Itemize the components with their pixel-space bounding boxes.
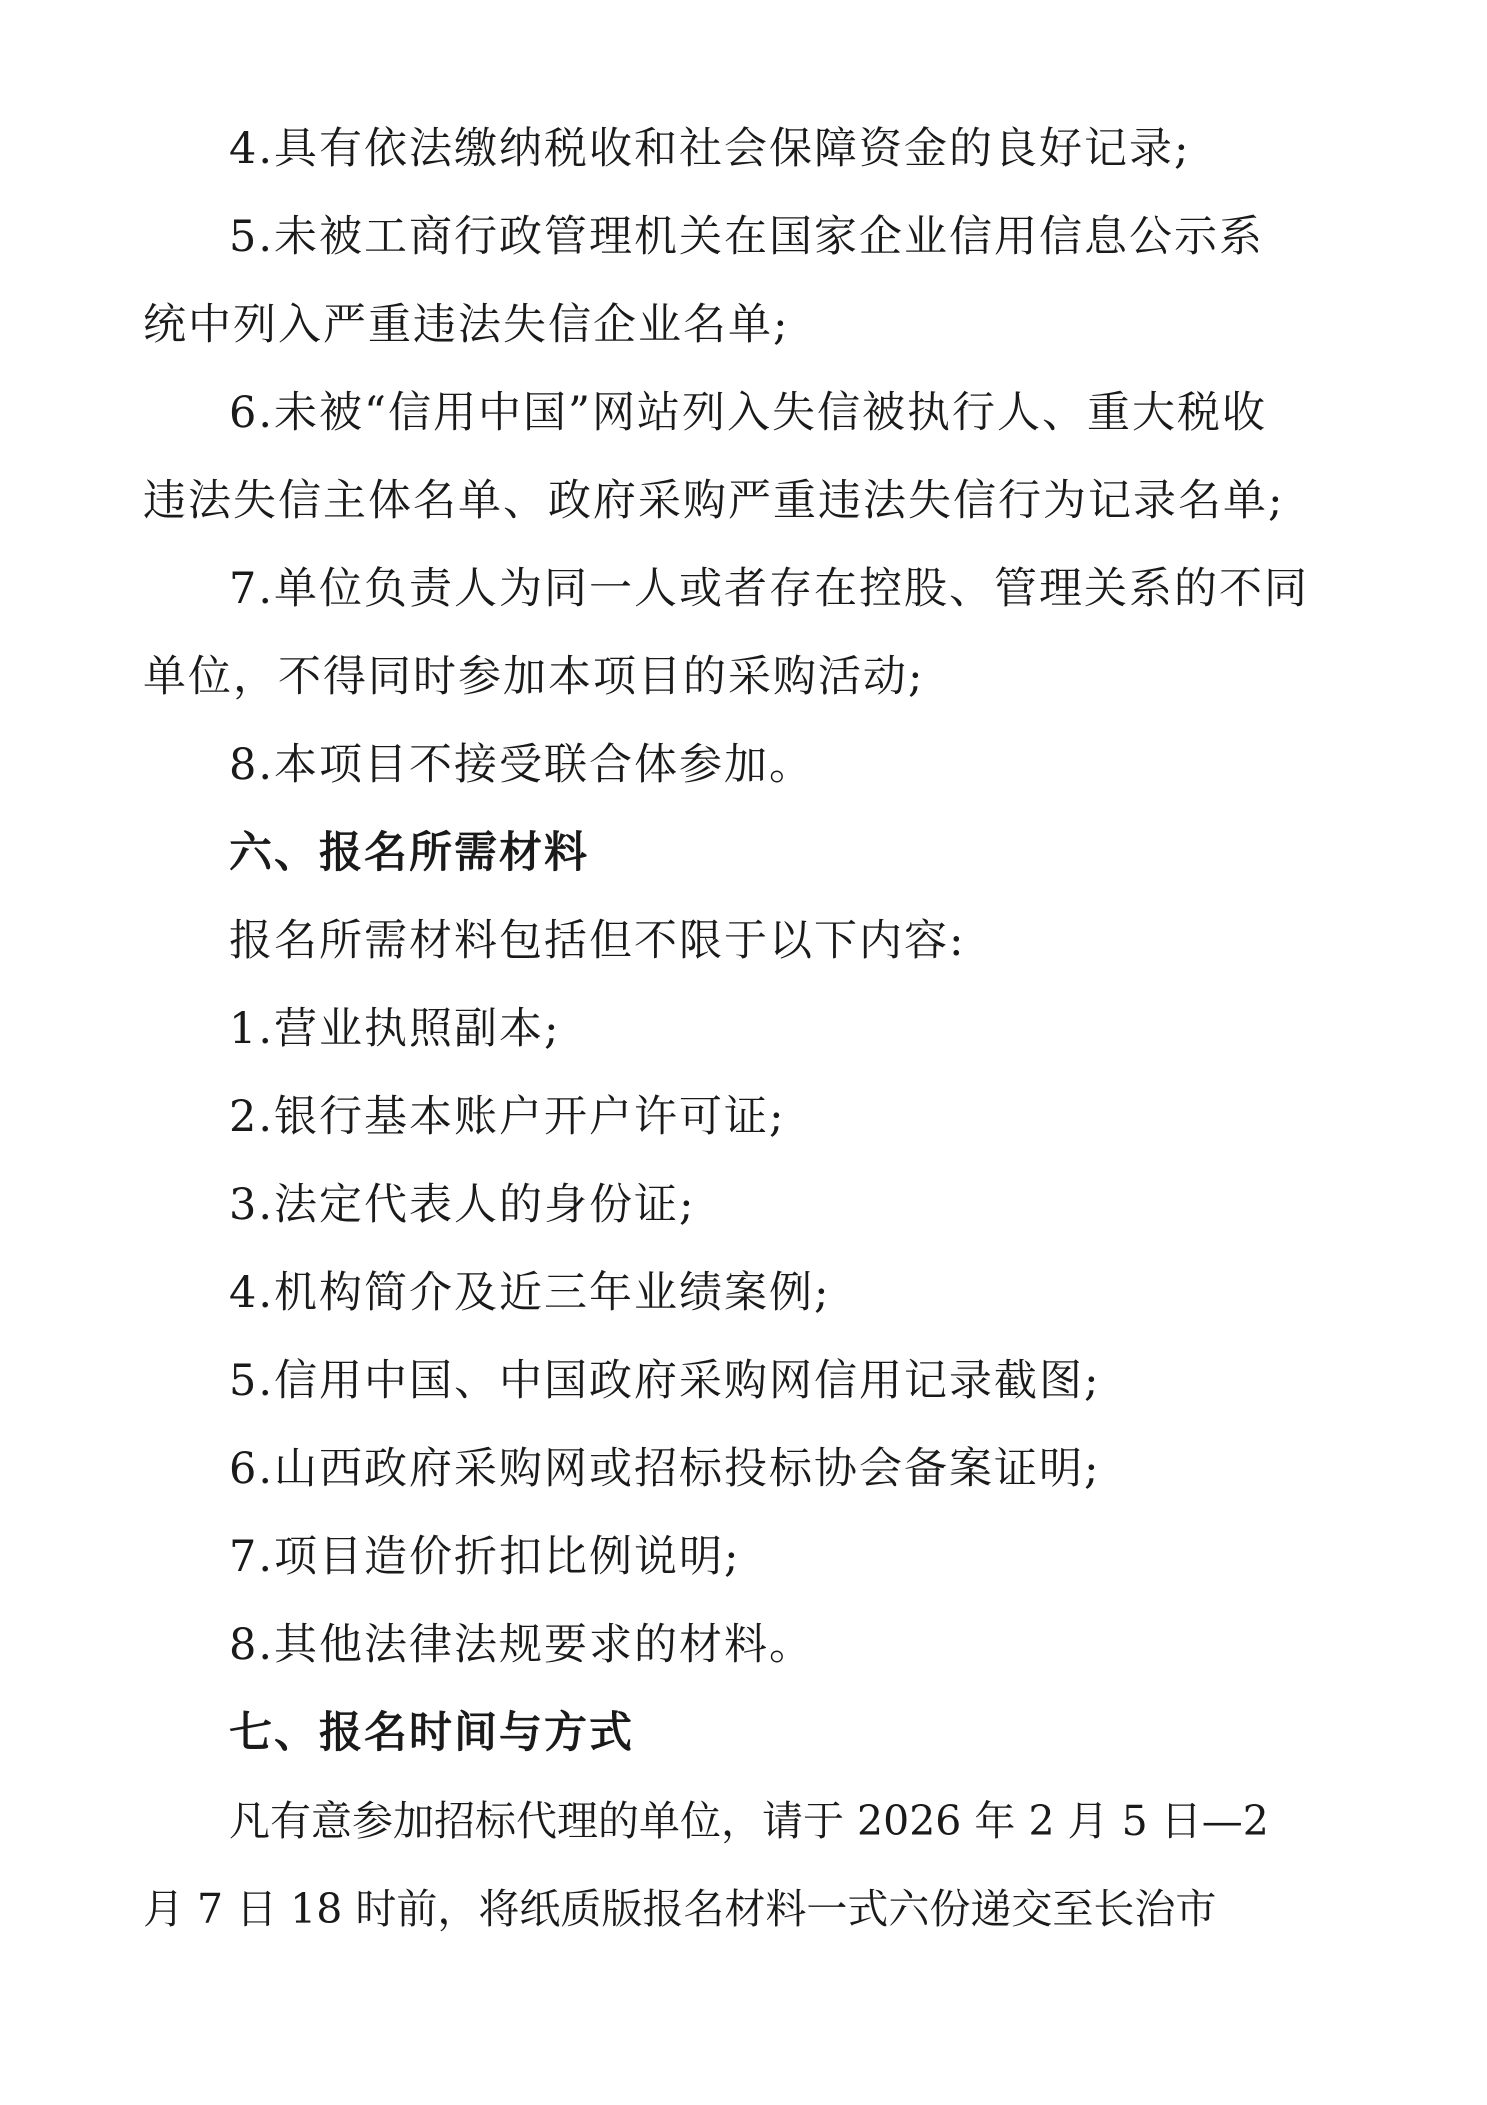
material-item-4: 4.机构简介及近三年业绩案例; [143, 1249, 1247, 1337]
clause-5-line-2: 统中列入严重违法失信企业名单; [143, 281, 1247, 369]
material-item-6: 6.山西政府采购网或招标投标协会备案证明; [143, 1425, 1247, 1513]
material-item-7: 7.项目造价折扣比例说明; [143, 1513, 1247, 1601]
clause-7-line-1: 7.单位负责人为同一人或者存在控股、管理关系的不同 [143, 545, 1247, 633]
section-7-body-line-2: 月 7 日 18 时前，将纸质版报名材料一式六份递交至长治市 [143, 1865, 1247, 1953]
clause-6-line-2: 违法失信主体名单、政府采购严重违法失信行为记录名单; [143, 457, 1247, 545]
clause-8: 8.本项目不接受联合体参加。 [143, 721, 1247, 809]
document-page: 4.具有依法缴纳税收和社会保障资金的良好记录; 5.未被工商行政管理机关在国家企… [0, 0, 1487, 2105]
material-item-1: 1.营业执照副本; [143, 985, 1247, 1073]
section-7-heading: 七、报名时间与方式 [143, 1689, 1247, 1777]
document-text-block: 4.具有依法缴纳税收和社会保障资金的良好记录; 5.未被工商行政管理机关在国家企… [143, 105, 1247, 1953]
section-6-intro: 报名所需材料包括但不限于以下内容: [143, 897, 1247, 985]
material-item-8: 8.其他法律法规要求的材料。 [143, 1601, 1247, 1689]
clause-5-line-1: 5.未被工商行政管理机关在国家企业信用信息公示系 [143, 193, 1247, 281]
clause-6-line-1: 6.未被“信用中国”网站列入失信被执行人、重大税收 [143, 369, 1247, 457]
section-6-heading: 六、报名所需材料 [143, 809, 1247, 897]
material-item-5: 5.信用中国、中国政府采购网信用记录截图; [143, 1337, 1247, 1425]
material-item-2: 2.银行基本账户开户许可证; [143, 1073, 1247, 1161]
section-7-body-line-1: 凡有意参加招标代理的单位，请于 2026 年 2 月 5 日—2 [143, 1777, 1247, 1865]
material-item-3: 3.法定代表人的身份证; [143, 1161, 1247, 1249]
clause-7-line-2: 单位，不得同时参加本项目的采购活动; [143, 633, 1247, 721]
clause-4: 4.具有依法缴纳税收和社会保障资金的良好记录; [143, 105, 1247, 193]
